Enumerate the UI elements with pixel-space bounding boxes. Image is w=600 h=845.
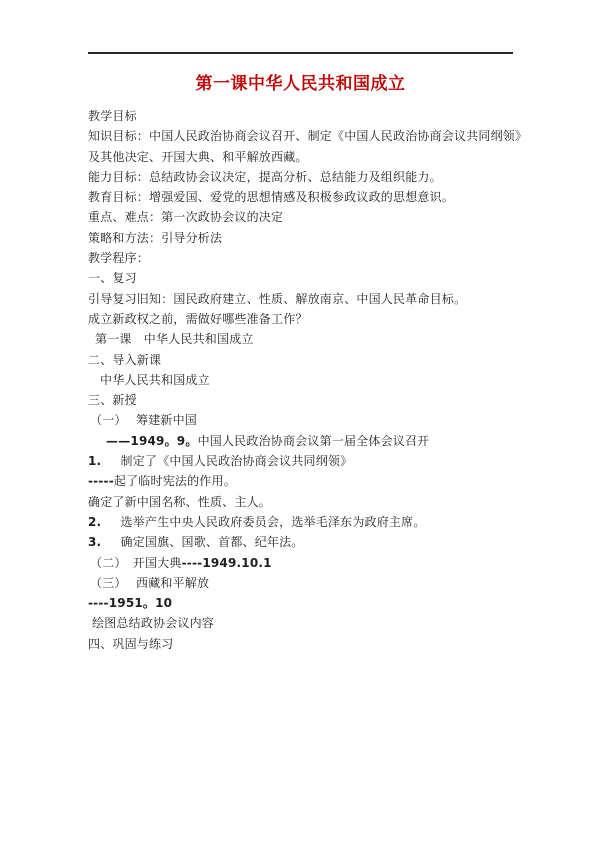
doc-text-bold: ----- [88, 474, 114, 488]
doc-text: 确定国旗、国歌、首都、纪年法。 [101, 535, 303, 549]
doc-line: 3. 确定国旗、国歌、首都、纪年法。 [88, 532, 548, 552]
doc-line: 成立新政权之前，需做好哪些准备工作？ [88, 309, 548, 329]
doc-text-bold: ——1949。9。 [106, 434, 198, 448]
doc-line: 及其他决定、开国大典、和平解放西藏。 [88, 147, 548, 167]
doc-text: （二） 开国大典 [90, 556, 182, 570]
doc-line: 四、巩固与练习 [88, 634, 548, 654]
doc-line: 引导复习旧知：国民政府建立、性质、解放南京、中国人民革命目标。 [88, 289, 548, 309]
doc-line: （一） 筹建新中国 [88, 410, 548, 430]
doc-text-bold: 3. [88, 535, 101, 549]
doc-text: 能力目标：总结政协会议决定，提高分析、总结能力及组织能力。 [88, 170, 442, 184]
doc-text: 重点、难点：第一次政协会议的决定 [88, 210, 283, 224]
doc-line: 策略和方法：引导分析法 [88, 228, 548, 248]
doc-text: 教学程序： [88, 251, 149, 265]
doc-line: ----1951。10 [88, 593, 548, 613]
doc-text: （一） 筹建新中国 [90, 413, 197, 427]
doc-line: 第一课 中华人民共和国成立 [88, 329, 548, 349]
doc-text: （三） 西藏和平解放 [90, 576, 209, 590]
doc-text: 教学目标 [88, 109, 137, 123]
doc-line: 1. 制定了《中国人民政治协商会议共同纲领》 [88, 451, 548, 471]
doc-line: （三） 西藏和平解放 [88, 573, 548, 593]
doc-text-bold: 2. [88, 515, 101, 529]
doc-text-bold: ----1951。10 [88, 596, 172, 610]
document-body: 教学目标知识目标：中国人民政治协商会议召开、制定《中国人民政治协商会议共同纲领》… [88, 106, 548, 654]
doc-text: 引导复习旧知：国民政府建立、性质、解放南京、中国人民革命目标。 [88, 292, 466, 306]
doc-line: ——1949。9。中国人民政治协商会议第一届全体会议召开 [88, 431, 548, 451]
doc-text: 四、巩固与练习 [88, 637, 173, 651]
doc-line: 绘图总结政协会议内容 [88, 613, 548, 633]
document-page: 第一课中华人民共和国成立 教学目标知识目标：中国人民政治协商会议召开、制定《中国… [0, 0, 600, 845]
doc-text: 三、新授 [88, 393, 137, 407]
doc-line: 2. 选举产生中央人民政府委员会，选举毛泽东为政府主席。 [88, 512, 548, 532]
doc-line: 教学目标 [88, 106, 548, 126]
doc-text: 起了临时宪法的作用。 [114, 474, 236, 488]
doc-text: 中华人民共和国成立 [100, 373, 210, 387]
doc-line: -----起了临时宪法的作用。 [88, 471, 548, 491]
doc-text-bold: ----1949.10.1 [182, 556, 272, 570]
doc-line: 知识目标：中国人民政治协商会议召开、制定《中国人民政治协商会议共同纲领》 [88, 126, 548, 146]
doc-text: 选举产生中央人民政府委员会，选举毛泽东为政府主席。 [101, 515, 425, 529]
doc-text: 制定了《中国人民政治协商会议共同纲领》 [101, 454, 352, 468]
doc-line: 教育目标：增强爱国、爱党的思想情感及积极参政议政的思想意识。 [88, 187, 548, 207]
doc-text: 策略和方法：引导分析法 [88, 231, 222, 245]
doc-text: 教育目标：增强爱国、爱党的思想情感及积极参政议政的思想意识。 [88, 190, 454, 204]
doc-text: 知识目标：中国人民政治协商会议召开、制定《中国人民政治协商会议共同纲领》 [88, 129, 527, 143]
doc-line: 教学程序： [88, 248, 548, 268]
doc-line: 重点、难点：第一次政协会议的决定 [88, 207, 548, 227]
doc-line: （二） 开国大典----1949.10.1 [88, 553, 548, 573]
doc-text: 及其他决定、开国大典、和平解放西藏。 [88, 150, 308, 164]
doc-text: 确定了新中国名称、性质、主人。 [88, 495, 271, 509]
doc-line: 中华人民共和国成立 [88, 370, 548, 390]
doc-text: 二、导入新课 [88, 353, 161, 367]
doc-text: 绘图总结政协会议内容 [92, 616, 214, 630]
document-title: 第一课中华人民共和国成立 [88, 72, 513, 96]
doc-line: 能力目标：总结政协会议决定，提高分析、总结能力及组织能力。 [88, 167, 548, 187]
doc-line: 一、复习 [88, 268, 548, 288]
doc-line: 确定了新中国名称、性质、主人。 [88, 492, 548, 512]
doc-text: 中国人民政治协商会议第一届全体会议召开 [198, 434, 430, 448]
title-top-border [88, 52, 513, 54]
doc-text-bold: 1. [88, 454, 101, 468]
doc-line: 三、新授 [88, 390, 548, 410]
doc-line: 二、导入新课 [88, 350, 548, 370]
doc-text: 一、复习 [88, 271, 137, 285]
doc-text: 成立新政权之前，需做好哪些准备工作？ [88, 312, 308, 326]
doc-text: 第一课 中华人民共和国成立 [95, 332, 254, 346]
